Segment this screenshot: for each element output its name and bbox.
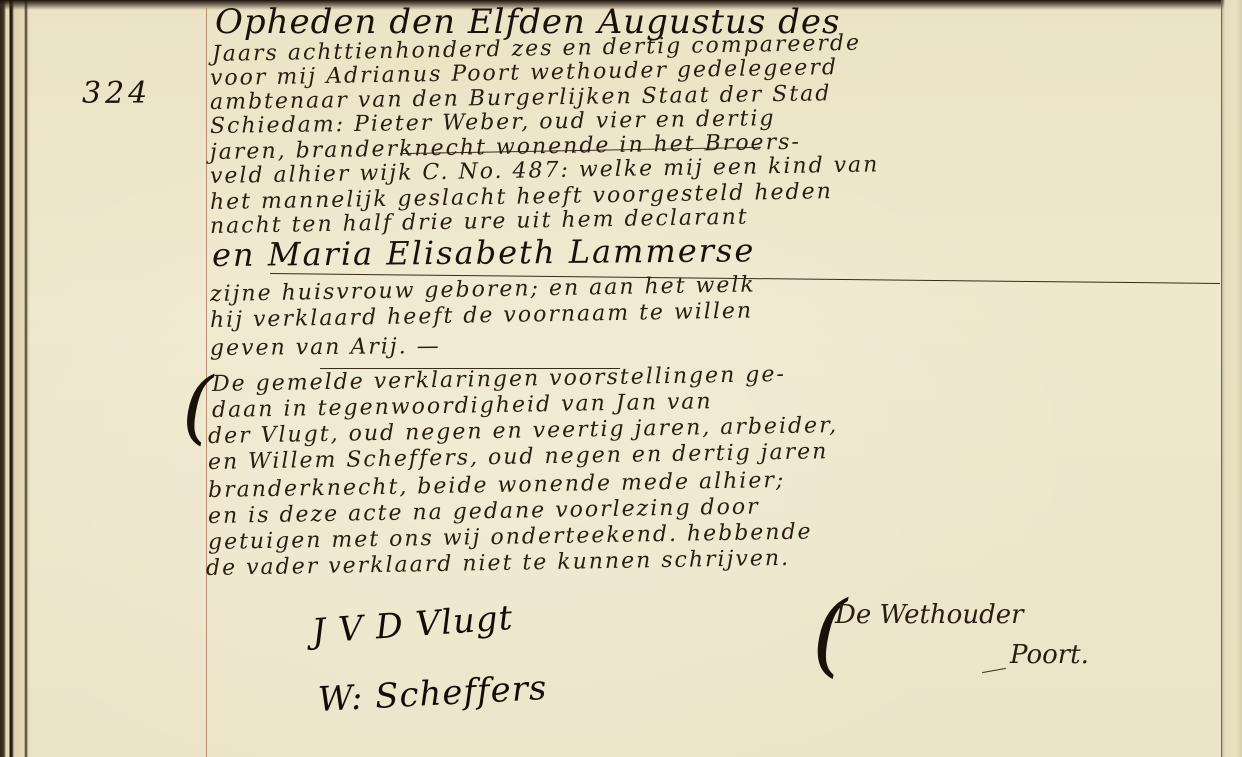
official-title: De Wethouder (835, 600, 1024, 630)
manuscript-page: 324 Opheden den Elfden Augustus des Jaar… (0, 0, 1242, 757)
signature-bracket: ( (812, 582, 847, 687)
signature-witness-2: W: Scheffers (317, 668, 548, 720)
page-right-edge (1221, 0, 1242, 757)
signature-flourish (982, 668, 1006, 673)
official-signature: Poort. (1010, 640, 1089, 670)
text-line-mother-name: en Maria Elisabeth Lammerse (212, 231, 756, 274)
book-binding (0, 0, 30, 757)
text-line-13: geven van Arij. — (210, 334, 441, 361)
record-number: 324 (82, 76, 151, 111)
signature-witness-1: J V D Vlugt (311, 598, 515, 652)
